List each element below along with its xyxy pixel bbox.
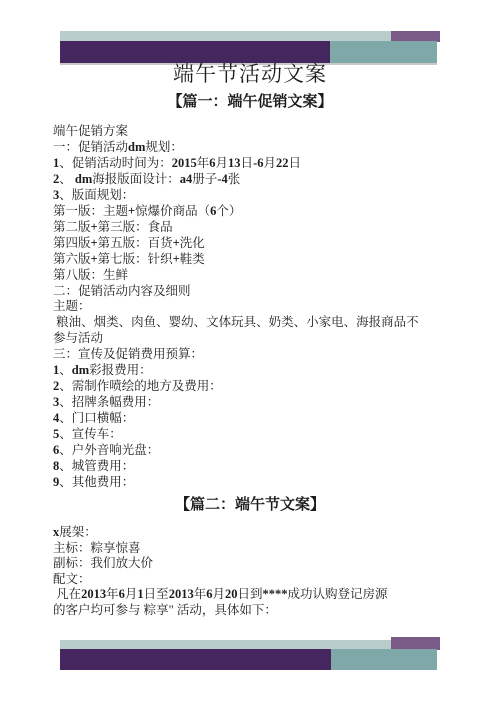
text-line: 二：促销活动内容及细则: [53, 284, 485, 300]
text-line: 9、其他费用：: [53, 475, 485, 491]
decor-bottom-teal-bar: [331, 649, 437, 670]
text-line: 配文：: [53, 572, 485, 588]
text-line: 副标：我们放大价: [53, 556, 485, 572]
text-line: 3、招牌条幅费用：: [53, 395, 485, 411]
decor-top-teal-bar: [330, 41, 437, 63]
text-line: 主标：粽享惊喜: [53, 541, 485, 557]
text-line: 2、需制作喷绘的地方及费用：: [53, 379, 485, 395]
text-line: 粮油、烟类、肉鱼、婴幼、文体玩具、奶类、小家电、海报商品不: [53, 315, 485, 331]
document-title: 端午节活动文案: [0, 62, 500, 87]
section1-body: 端午促销方案 一：促销活动dm规划： 1、促销活动时间为：2015年6月13日-…: [53, 124, 485, 491]
text-line: 三：宣传及促销费用预算：: [53, 347, 485, 363]
text-line: 5、宣传车：: [53, 427, 485, 443]
text-line: 3、版面规划：: [53, 188, 485, 204]
text-line: 参与活动: [53, 331, 485, 347]
text-line: 1、促销活动时间为：2015年6月13日-6月22日: [53, 156, 485, 172]
text-line: 第二版+第三版：食品: [53, 220, 485, 236]
text-line: 的客户均可参与 粽享" 活动，具体如下：: [53, 603, 485, 619]
text-line: 第一版：主题+惊爆价商品（6个）: [53, 204, 485, 220]
decor-bottom-dark-purple-bar: [60, 649, 331, 670]
text-line: 2、 dm海报版面设计：a4册子-4张: [53, 172, 485, 188]
text-line: 1、dm彩报费用：: [53, 363, 485, 379]
text-line: 主题：: [53, 299, 485, 315]
section2-heading: 【篇二：端午节文案】: [0, 496, 500, 514]
text-line: 第四版+第五版：百货+洗化: [53, 236, 485, 252]
text-line: 6、户外音响光盘：: [53, 443, 485, 459]
decor-bottom-light-teal-bar: [60, 640, 391, 649]
decor-top-light-teal-bar: [60, 31, 391, 41]
text-line: x展架：: [53, 525, 485, 541]
text-line: 第八版：生鲜: [53, 268, 485, 284]
text-line: 一：促销活动dm规划：: [53, 140, 485, 156]
text-line: 凡在2013年6月1日至2013年6月20日到****成功认购登记房源: [53, 587, 485, 603]
section2-body: x展架： 主标：粽享惊喜 副标：我们放大价 配文： 凡在2013年6月1日至20…: [53, 525, 485, 618]
text-line: 端午促销方案: [53, 124, 485, 140]
document-page: 端午节活动文案 【篇一：端午促销文案】 端午促销方案 一：促销活动dm规划： 1…: [0, 0, 500, 708]
section1-heading: 【篇一：端午促销文案】: [0, 93, 500, 111]
text-line: 8、城管费用：: [53, 459, 485, 475]
text-line: 第六版+第七版：针织+鞋类: [53, 252, 485, 268]
decor-top-dark-purple-bar: [60, 41, 330, 63]
text-line: 4、门口横幅：: [53, 411, 485, 427]
